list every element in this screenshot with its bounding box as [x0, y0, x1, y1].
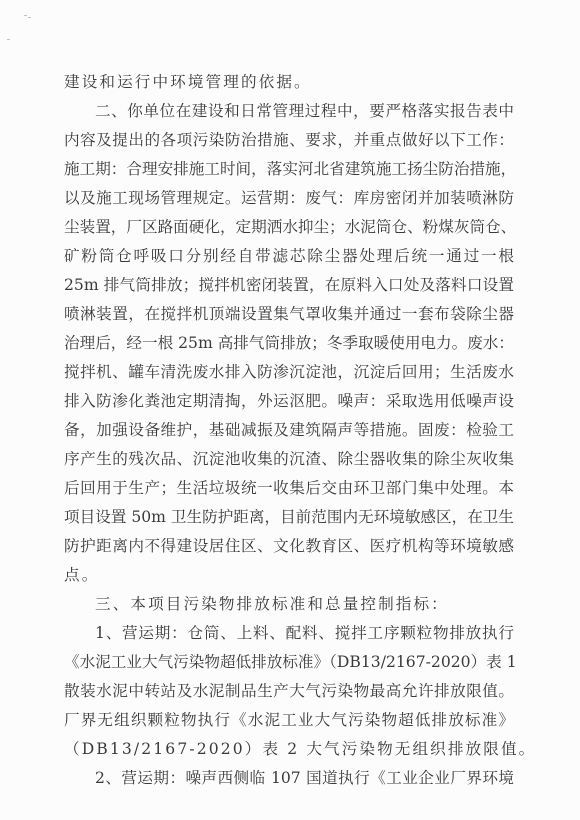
text-line: 1、营运期：仓筒、上料、配料、搅拌工序颗粒物排放执行 [64, 619, 514, 648]
document-page: 建设和运行中环境管理的依据。 二、你单位在建设和日常管理过程中，要严格落实报告表… [0, 0, 580, 820]
text-line: 治理后，经一根 25m 高排气筒排放；冬季取暖使用电力。废水： [64, 329, 514, 358]
text-line: 喷淋装置，在搅拌机顶端设置集气罩收集并通过一套布袋除尘器 [64, 300, 514, 329]
text-line: 内容及提出的各项污染防治措施、要求，并重点做好以下工作： [64, 126, 514, 155]
text-line: 搅拌机、罐车清洗废水排入防渗沉淀池，沉淀后回用；生活废水 [64, 358, 514, 387]
text-line: （DB13/2167-2020）表 2 大气污染物无组织排放限值。 [64, 735, 514, 764]
text-line: 矿粉筒仓呼吸口分别经自带滤芯除尘器处理后统一通过一根 [64, 242, 514, 271]
scan-artifact [7, 39, 10, 40]
text-line: 项目设置 50m 卫生防护距离，目前范围内无环境敏感区，在卫生 [64, 503, 514, 532]
text-line: 点。 [64, 561, 514, 590]
text-line: 后回用于生产；生活垃圾统一收集后交由环卫部门集中处理。本 [64, 474, 514, 503]
text-line: 尘装置，厂区路面硬化，定期洒水抑尘；水泥筒仓、粉煤灰筒仓、 [64, 213, 514, 242]
text-line: 施工期：合理安排施工时间，落实河北省建筑施工扬尘防治措施， [64, 155, 514, 184]
scan-artifact [24, 15, 27, 16]
section-heading: 三、本项目污染物排放标准和总量控制指标： [64, 590, 514, 619]
scan-artifact [28, 17, 31, 18]
text-line: 以及施工现场管理规定。运营期：废气：库房密闭并加装喷淋防 [64, 184, 514, 213]
text-line: 建设和运行中环境管理的依据。 [64, 68, 514, 97]
text-line: 《水泥工业大气污染物超低排放标准》（DB13/2167-2020）表 1 [64, 648, 514, 677]
text-line: 备，加强设备维护，基础减振及建筑隔声等措施。固废：检验工 [64, 416, 514, 445]
text-line: 2、营运期：噪声西侧临 107 国道执行《工业企业厂界环境 [64, 764, 514, 793]
text-line: 散装水泥中转站及水泥制品生产大气污染物最高允许排放限值。 [64, 677, 514, 706]
text-line: 排入防渗化粪池定期清掏，外运沤肥。噪声：采取选用低噪声设 [64, 387, 514, 416]
text-line: 序产生的残次品、沉淀池收集的沉渣、除尘器收集的除尘灰收集 [64, 445, 514, 474]
body-text: 建设和运行中环境管理的依据。 二、你单位在建设和日常管理过程中，要严格落实报告表… [64, 68, 514, 793]
text-line: 厂界无组织颗粒物执行《水泥工业大气污染物超低排放标准》 [64, 706, 514, 735]
text-line: 二、你单位在建设和日常管理过程中，要严格落实报告表中 [64, 97, 514, 126]
text-line: 防护距离内不得建设居住区、文化教育区、医疗机构等环境敏感 [64, 532, 514, 561]
text-line: 25m 排气筒排放；搅拌机密闭装置，在原料入口处及落料口设置 [64, 271, 514, 300]
